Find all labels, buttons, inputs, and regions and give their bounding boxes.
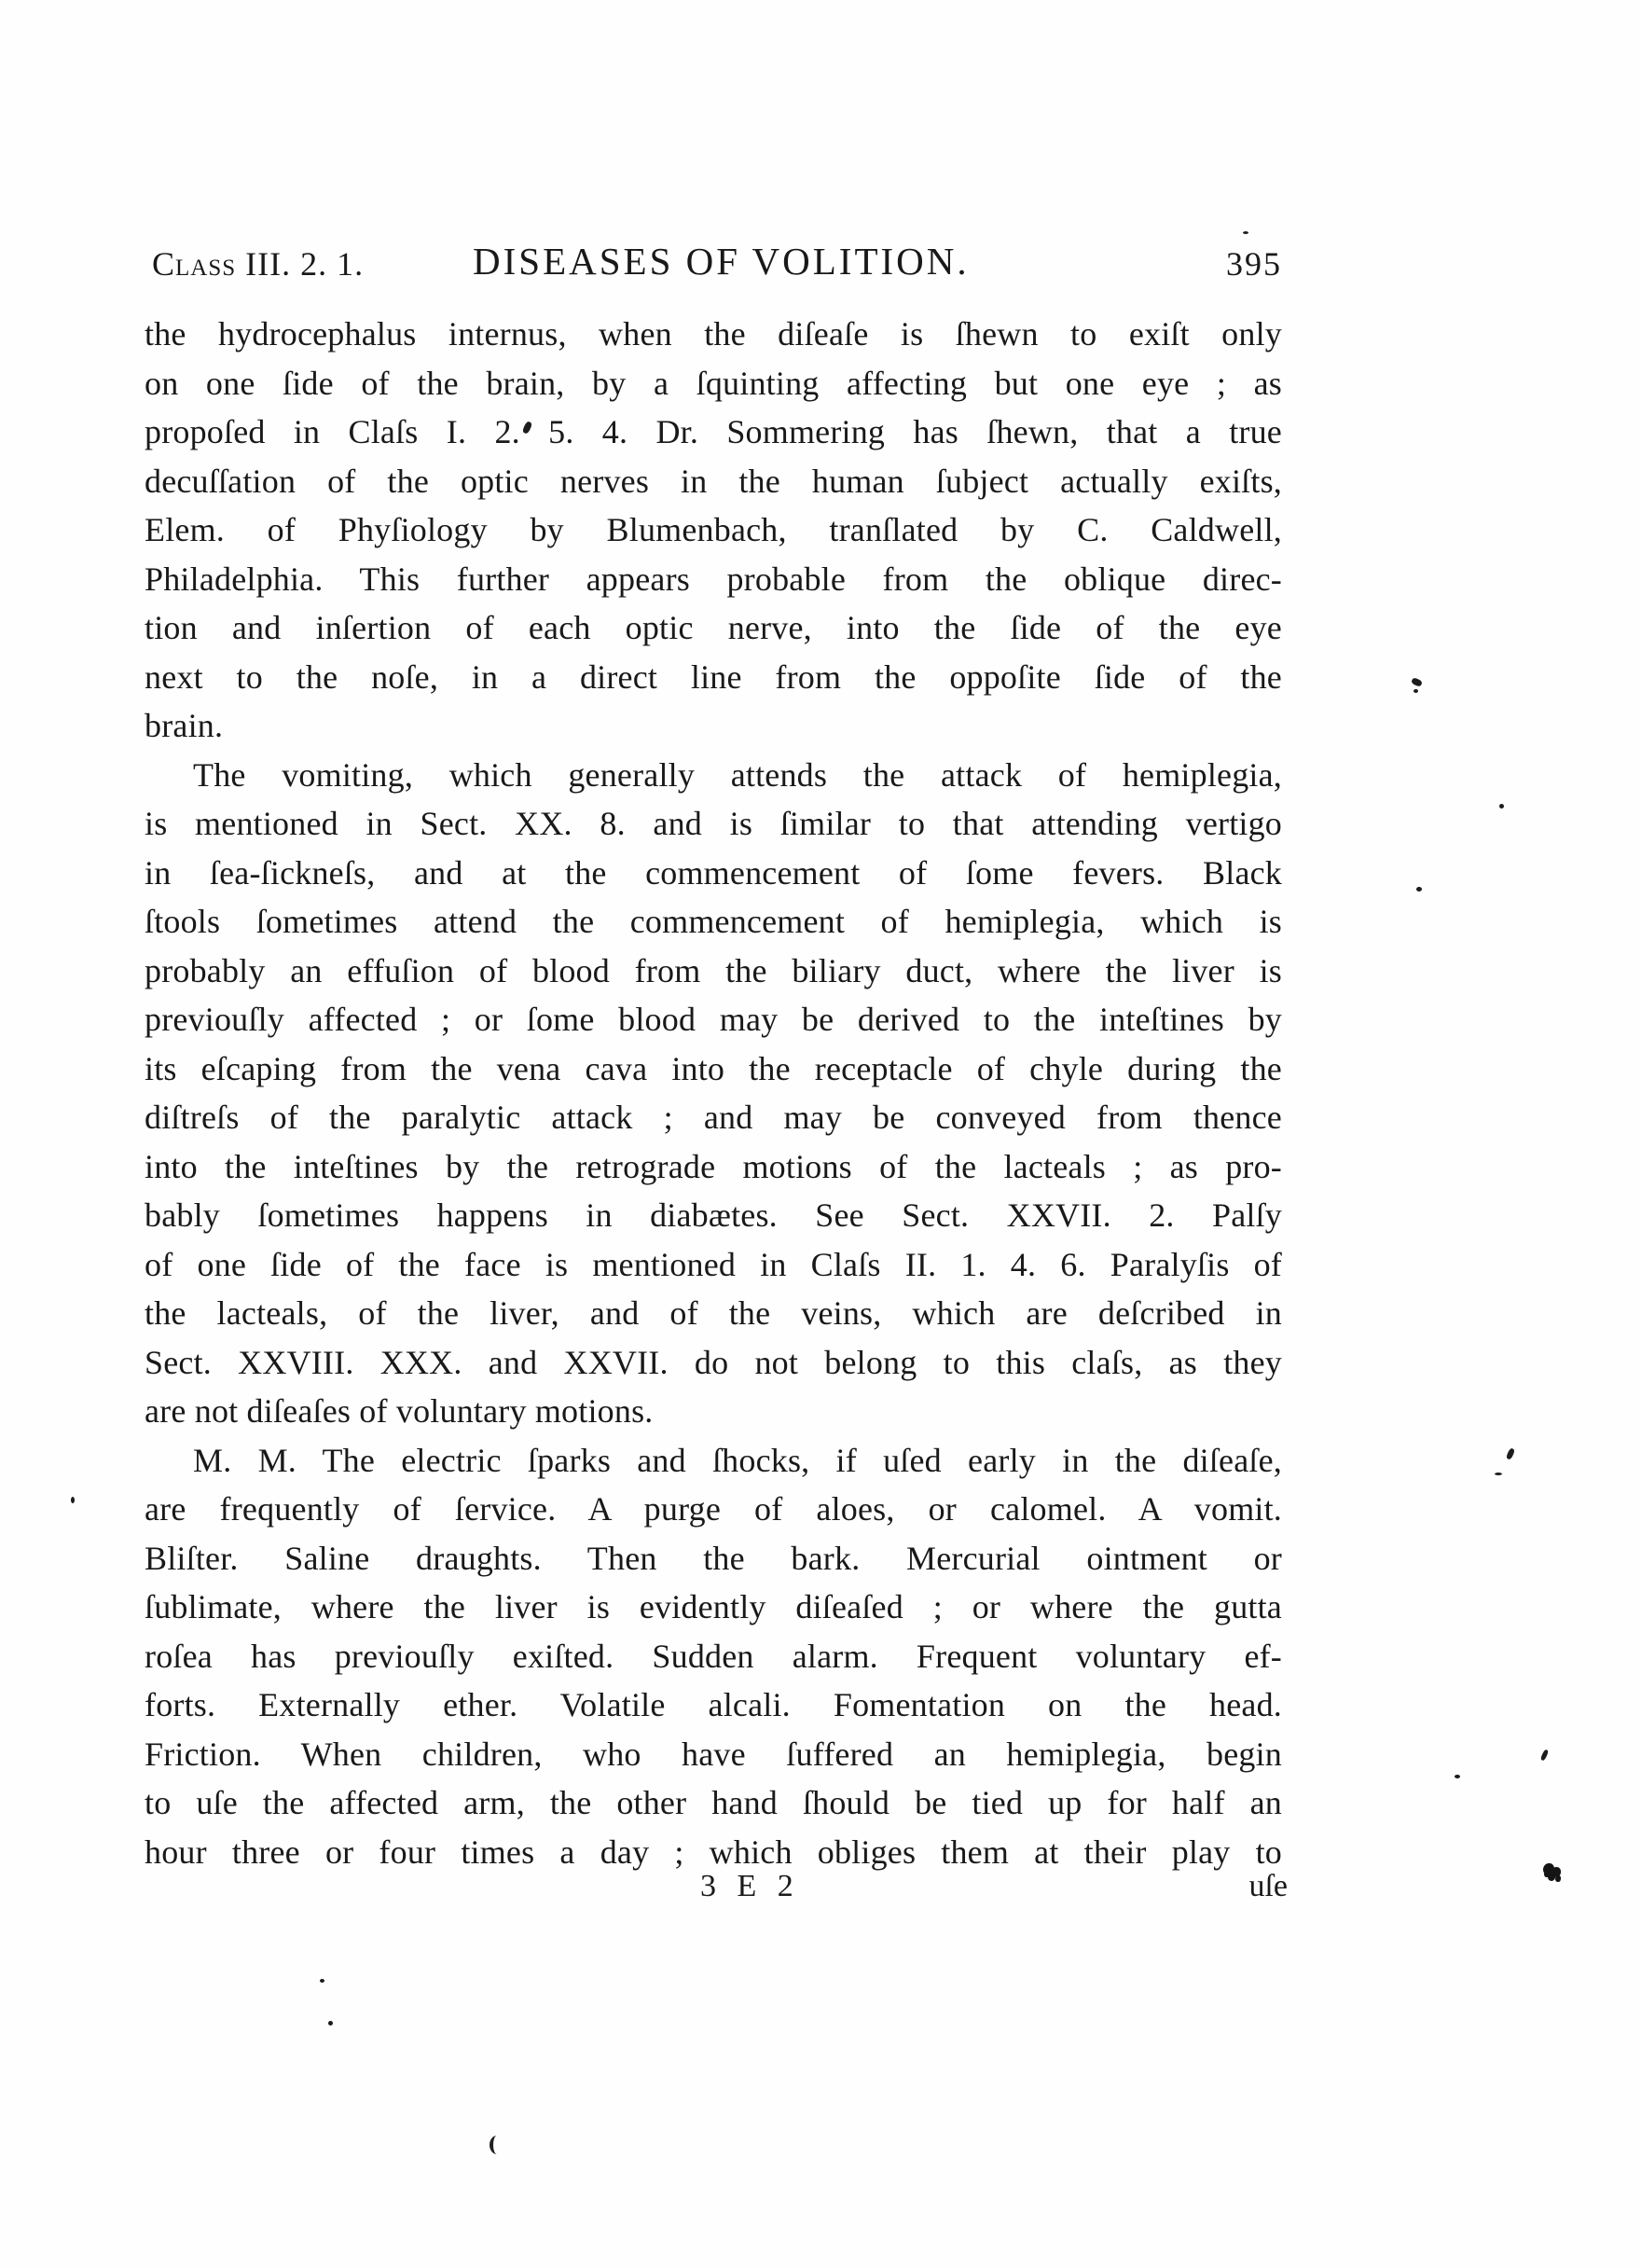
text-line: ſublimate, where the liver is evidently …: [145, 1583, 1282, 1632]
text-line: Bliſter. Saline draughts. Then the bark.…: [145, 1534, 1282, 1583]
ink-blob: [1543, 1863, 1554, 1875]
text-line: the hydrocephalus internus, when the diſ…: [145, 310, 1282, 359]
ink-speck: [1495, 1473, 1502, 1475]
text-line: are not diſeaſes of voluntary motions.: [145, 1387, 1282, 1436]
text-line: ſtools ſometimes attend the commencement…: [145, 897, 1282, 947]
ink-speck: [1540, 1749, 1550, 1762]
text-line: Sect. XXVIII. XXX. and XXVII. do not bel…: [145, 1338, 1282, 1388]
ink-speck: [1413, 689, 1418, 693]
text-line: previouſly affected ; or ſome blood may …: [145, 995, 1282, 1044]
ink-speck: [320, 1979, 324, 1983]
printer-signature: 3 E 2: [700, 1869, 800, 1904]
text-line: Friction. When children, who have ſuffer…: [145, 1730, 1282, 1779]
text-line: is mentioned in Sect. XX. 8. and is ſimi…: [145, 799, 1282, 849]
text-line: on one ſide of the brain, by a ſquinting…: [145, 359, 1282, 408]
text-line: into the inteſtines by the retrograde mo…: [145, 1142, 1282, 1192]
page-number: 395: [1226, 244, 1282, 283]
ink-speck: [1243, 231, 1248, 234]
text-line: diſtreſs of the paralytic attack ; and m…: [145, 1093, 1282, 1142]
ink-speck: [1455, 1775, 1460, 1778]
text-line: decuſſation of the optic nerves in the h…: [145, 457, 1282, 506]
text-line: bably ſometimes happens in diabætes. See…: [145, 1191, 1282, 1240]
text-line: to uſe the affected arm, the other hand …: [145, 1778, 1282, 1828]
text-line: of one ſide of the face is mentioned in …: [145, 1240, 1282, 1290]
ink-speck: [328, 2021, 333, 2026]
text-line: its eſcaping from the vena cava into the…: [145, 1044, 1282, 1094]
ink-speck: [1506, 1447, 1516, 1459]
class-reference: Class III. 2. 1.: [152, 244, 364, 283]
text-line: Elem. of Phyſiology by Blumenbach, tranſ…: [145, 505, 1282, 555]
text-line: forts. Externally ether. Volatile alcali…: [145, 1680, 1282, 1730]
page-title: DISEASES OF VOLITION.: [473, 239, 970, 283]
book-page: Class III. 2. 1. DISEASES OF VOLITION. 3…: [0, 0, 1641, 2268]
text-line: are frequently of ſervice. A purge of al…: [145, 1485, 1282, 1534]
text-line: brain.: [145, 701, 1282, 751]
ink-speck: [1416, 887, 1422, 892]
text-line: M. M. The electric ſparks and ſhocks, if…: [145, 1436, 1282, 1486]
catchword: uſe: [1248, 1869, 1288, 1904]
running-head: Class III. 2. 1. DISEASES OF VOLITION. 3…: [145, 237, 1282, 289]
text-line: roſea has previouſly exiſted. Sudden ala…: [145, 1632, 1282, 1681]
text-line: tion and inſertion of each optic nerve, …: [145, 603, 1282, 653]
text-line: probably an effuſion of blood from the b…: [145, 947, 1282, 996]
text-line: The vomiting, which generally attends th…: [145, 751, 1282, 800]
body-text: the hydrocephalus internus, when the diſ…: [145, 310, 1282, 1876]
page-footer: 3 E 2 uſe: [145, 1869, 1282, 1917]
ink-speck: [1411, 677, 1423, 687]
ink-speck: [71, 1497, 75, 1503]
ink-mark: [490, 2136, 504, 2154]
text-line: Philadelphia. This further appears proba…: [145, 555, 1282, 604]
text-line: the lacteals, of the liver, and of the v…: [145, 1289, 1282, 1338]
text-line: propoſed in Claſs I. 2. 5. 4. Dr. Sommer…: [145, 408, 1282, 457]
ink-speck: [1499, 804, 1504, 809]
text-line: next to the noſe, in a direct line from …: [145, 653, 1282, 702]
text-line: in ſea-ſickneſs, and at the commencement…: [145, 849, 1282, 898]
